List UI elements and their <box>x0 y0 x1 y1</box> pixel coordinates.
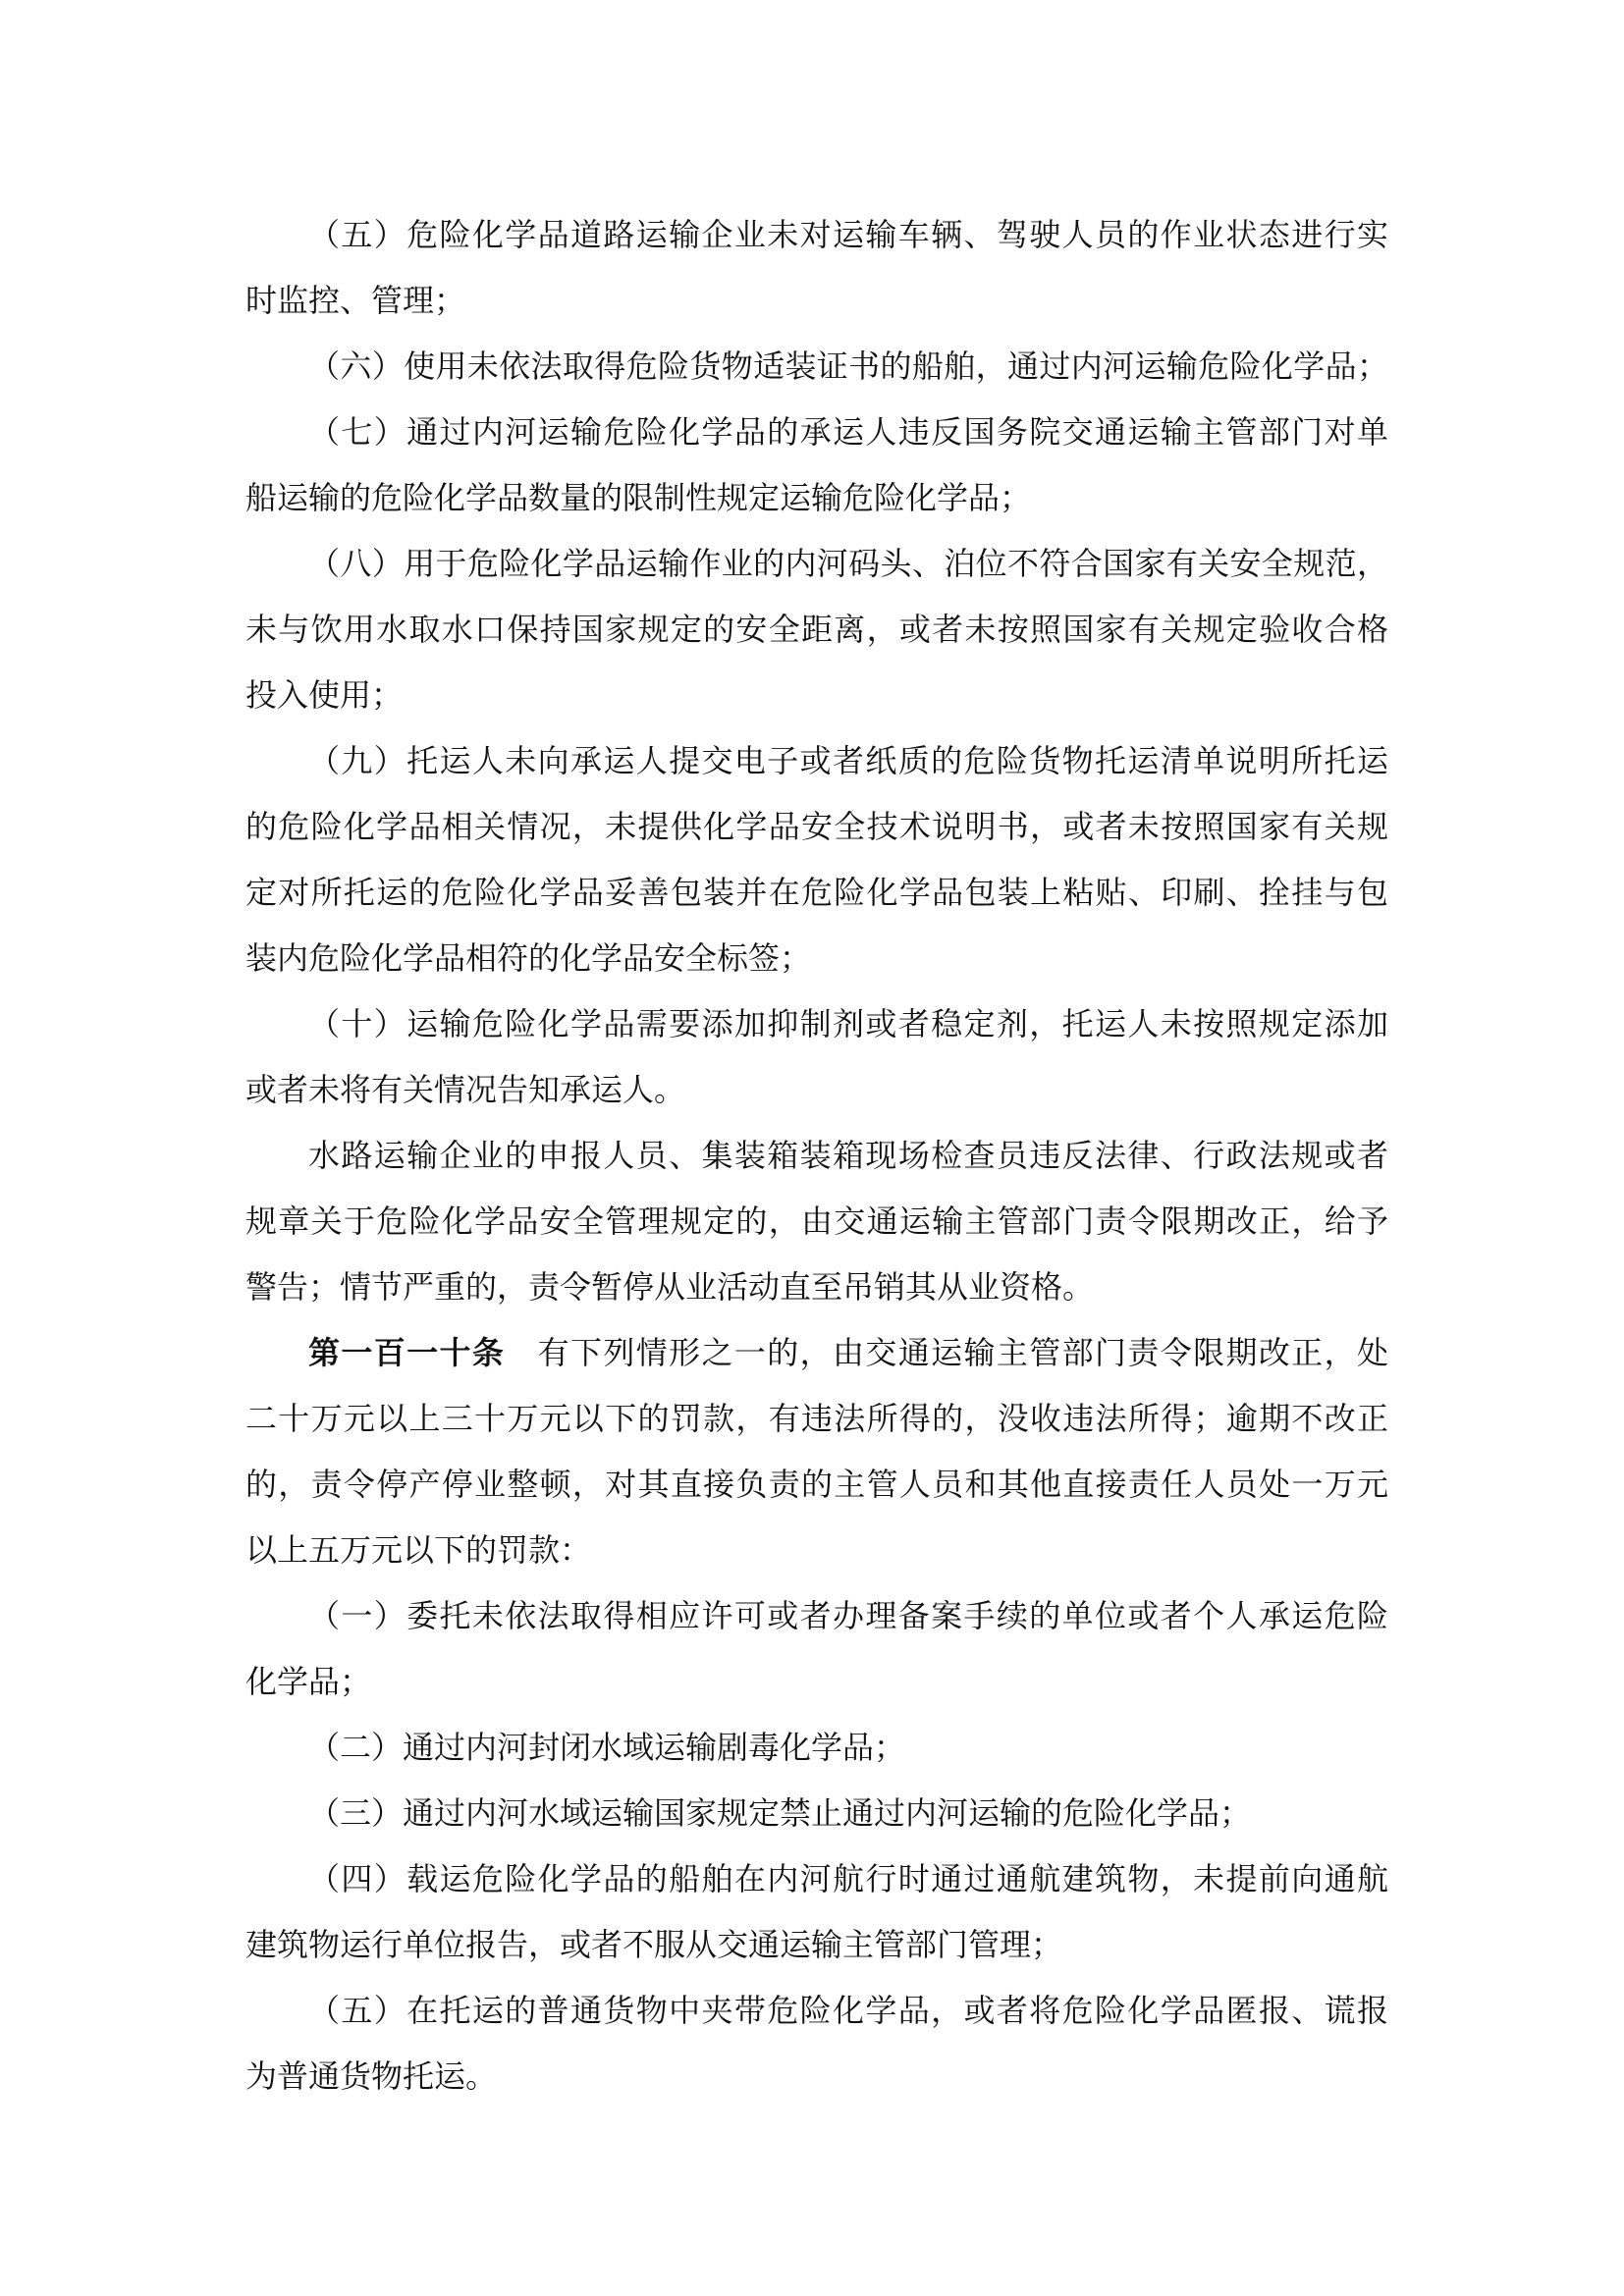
text-line: （六）使用未依法取得危险货物适装证书的船舶，通过内河运输危险化学品； <box>245 334 1388 400</box>
text-line: 以上五万元以下的罚款： <box>245 1518 1388 1583</box>
text-line: 定对所托运的危险化学品妥善包装并在危险化学品包装上粘贴、印刷、拴挂与包 <box>245 860 1388 926</box>
text-line: 第一百一十条 有下列情形之一的，由交通运输主管部门责令限期改正，处 <box>245 1320 1388 1386</box>
text-line: 或者未将有关情况告知承运人。 <box>245 1057 1388 1123</box>
text-line: （三）通过内河水域运输国家规定禁止通过内河运输的危险化学品； <box>245 1781 1388 1846</box>
text-line: 时监控、管理； <box>245 268 1388 334</box>
text-line: 水路运输企业的申报人员、集装箱装箱现场检查员违反法律、行政法规或者 <box>245 1123 1388 1189</box>
text-line: （九）托运人未向承运人提交电子或者纸质的危险货物托运清单说明所托运 <box>245 728 1388 794</box>
text-line: 未与饮用水取水口保持国家规定的安全距离，或者未按照国家有关规定验收合格 <box>245 597 1388 663</box>
text-line: 装内危险化学品相符的化学品安全标签； <box>245 926 1388 991</box>
text-line: （五）在托运的普通货物中夹带危险化学品，或者将危险化学品匿报、谎报 <box>245 1978 1388 2044</box>
text-line: 的危险化学品相关情况，未提供化学品安全技术说明书，或者未按照国家有关规 <box>245 794 1388 860</box>
text-line: 化学品； <box>245 1649 1388 1715</box>
text-line: 为普通货物托运。 <box>245 2044 1388 2109</box>
article-number: 第一百一十条 <box>308 1335 505 1370</box>
text-line: （八）用于危险化学品运输作业的内河码头、泊位不符合国家有关安全规范， <box>245 531 1388 597</box>
text-line: 建筑物运行单位报告，或者不服从交通运输主管部门管理； <box>245 1912 1388 1978</box>
text-line: （五）危险化学品道路运输企业未对运输车辆、驾驶人员的作业状态进行实 <box>245 202 1388 268</box>
text-line: 警告；情节严重的，责令暂停从业活动直至吊销其从业资格。 <box>245 1255 1388 1320</box>
text-line: 二十万元以上三十万元以下的罚款，有违法所得的，没收违法所得；逾期不改正 <box>245 1386 1388 1452</box>
text-line: （四）载运危险化学品的船舶在内河航行时通过通航建筑物，未提前向通航 <box>245 1846 1388 1912</box>
text-line: （十）运输危险化学品需要添加抑制剂或者稳定剂，托运人未按照规定添加 <box>245 991 1388 1057</box>
document-text-block: （五）危险化学品道路运输企业未对运输车辆、驾驶人员的作业状态进行实时监控、管理；… <box>245 202 1388 2109</box>
text-line: 船运输的危险化学品数量的限制性规定运输危险化学品； <box>245 465 1388 531</box>
text-line: 投入使用； <box>245 663 1388 728</box>
document-page: （五）危险化学品道路运输企业未对运输车辆、驾驶人员的作业状态进行实时监控、管理；… <box>0 0 1624 2296</box>
text-line: （一）委托未依法取得相应许可或者办理备案手续的单位或者个人承运危险 <box>245 1583 1388 1649</box>
text-line: （七）通过内河运输危险化学品的承运人违反国务院交通运输主管部门对单 <box>245 400 1388 465</box>
text-line: 的，责令停产停业整顿，对其直接负责的主管人员和其他直接责任人员处一万元 <box>245 1452 1388 1518</box>
text-line: 规章关于危险化学品安全管理规定的，由交通运输主管部门责令限期改正，给予 <box>245 1189 1388 1255</box>
text-line: （二）通过内河封闭水域运输剧毒化学品； <box>245 1715 1388 1781</box>
